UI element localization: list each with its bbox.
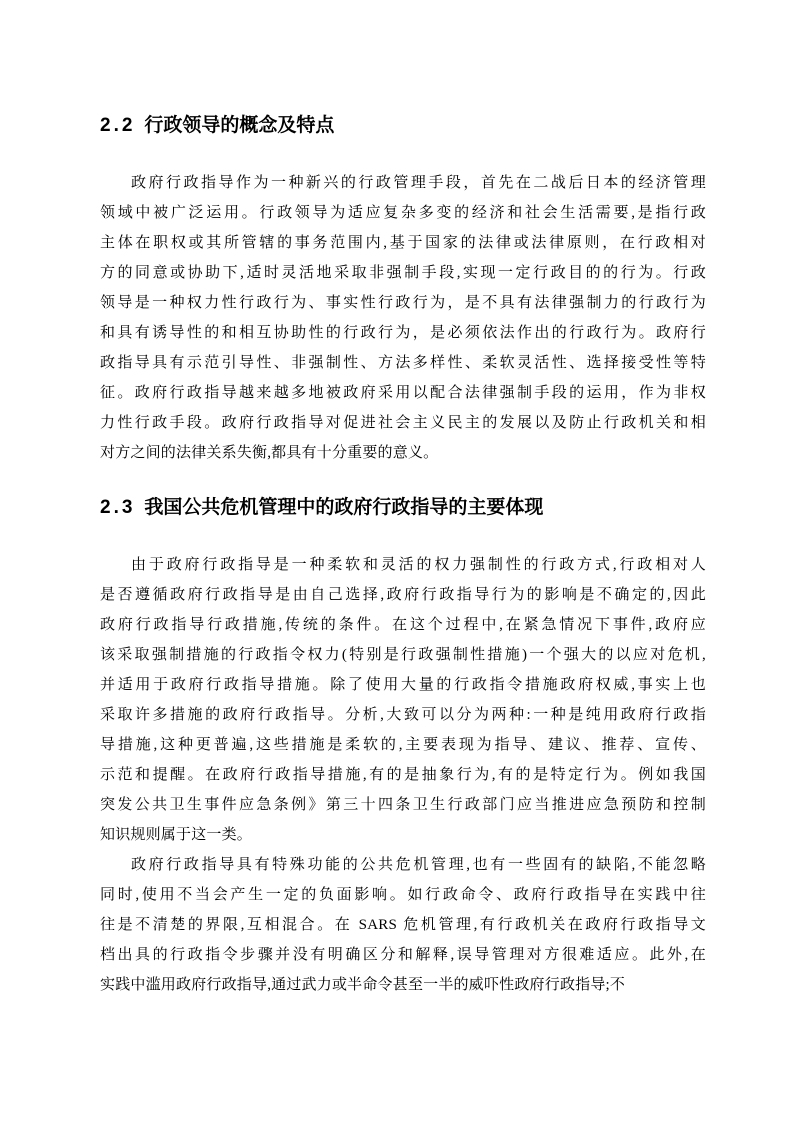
- text-line: 主体在职权或其所管辖的事务范围内,基于国家的法律或法律原则，在行政相对: [100, 228, 706, 258]
- paragraph: 政府行政指导作为一种新兴的行政管理手段，首先在二战后日本的经济管理领域中被广泛运…: [100, 168, 706, 468]
- text-line: 政府行政指导具有特殊功能的公共危机管理,也有一些固有的缺陷,不能忽略: [100, 850, 706, 880]
- heading-number: 2.3: [100, 497, 135, 518]
- text-line: 领导是一种权力性行政行为、事实性行政行为，是不具有法律强制力的行政行为: [100, 288, 706, 318]
- text-line: 该采取强制措施的行政指令权力(特别是行政强制性措施)一个强大的以应对危机,: [100, 640, 706, 670]
- text-line: 方的同意或协助下,适时灵活地采取非强制手段,实现一定行政目的的行为。行政: [100, 258, 706, 288]
- paragraph: 政府行政指导具有特殊功能的公共危机管理,也有一些固有的缺陷,不能忽略同时,使用不…: [100, 850, 706, 1000]
- heading-title: 我国公共危机管理中的政府行政指导的主要体现: [144, 497, 543, 518]
- document-page: 2.2行政领导的概念及特点政府行政指导作为一种新兴的行政管理手段，首先在二战后日…: [0, 0, 793, 1122]
- text-line: 力性行政手段。政府行政指导对促进社会主义民主的发展以及防止行政机关和相: [100, 408, 706, 438]
- text-line: 知识规则属于这一类。: [100, 820, 706, 850]
- heading-number: 2.2: [100, 115, 135, 136]
- heading-title: 行政领导的概念及特点: [144, 115, 334, 136]
- text-line: 往是不清楚的界限,互相混合。在 SARS 危机管理,有行政机关在政府行政指导文: [100, 910, 706, 940]
- text-line: 政指导具有示范引导性、非强制性、方法多样性、柔软灵活性、选择接受性等特: [100, 348, 706, 378]
- text-line: 实践中滥用政府行政指导,通过武力或半命令甚至一半的威吓性政府行政指导;不: [100, 970, 706, 1000]
- text-line: 由于政府行政指导是一种柔软和灵活的权力强制性的行政方式,行政相对人: [100, 550, 706, 580]
- text-line: 并适用于政府行政指导措施。除了使用大量的行政指令措施政府权威,事实上也: [100, 670, 706, 700]
- text-line: 档出具的行政指令步骤并没有明确区分和解释,误导管理对方很难适应。此外,在: [100, 940, 706, 970]
- text-line: 同时,使用不当会产生一定的负面影响。如行政命令、政府行政指导在实践中往: [100, 880, 706, 910]
- text-line: 示范和提醒。在政府行政指导措施,有的是抽象行为,有的是特定行为。例如我国: [100, 760, 706, 790]
- text-line: 采取许多措施的政府行政指导。分析,大致可以分为两种:一种是纯用政府行政指: [100, 700, 706, 730]
- text-line: 和具有诱导性的和相互协助性的行政行为，是必须依法作出的行政行为。政府行: [100, 318, 706, 348]
- text-line: 征。政府行政指导越来越多地被政府采用以配合法律强制手段的运用，作为非权: [100, 378, 706, 408]
- text-line: 导措施,这种更普遍,这些措施是柔软的,主要表现为指导、建议、推荐、宣传、: [100, 730, 706, 760]
- text-line: 政府行政指导行政措施,传统的条件。在这个过程中,在紧急情况下事件,政府应: [100, 610, 706, 640]
- text-line: 领域中被广泛运用。行政领导为适应复杂多变的经济和社会生活需要,是指行政: [100, 198, 706, 228]
- paragraph: 由于政府行政指导是一种柔软和灵活的权力强制性的行政方式,行政相对人是否遵循政府行…: [100, 550, 706, 850]
- text-line: 对方之间的法律关系失衡,都具有十分重要的意义。: [100, 438, 706, 468]
- text-line: 是否遵循政府行政指导是由自己选择,政府行政指导行为的影响是不确定的,因此: [100, 580, 706, 610]
- section-heading: 2.3我国公共危机管理中的政府行政指导的主要体现: [100, 496, 706, 520]
- text-line: 突发公共卫生事件应急条例》第三十四条卫生行政部门应当推进应急预防和控制: [100, 790, 706, 820]
- section-heading: 2.2行政领导的概念及特点: [100, 114, 706, 138]
- text-line: 政府行政指导作为一种新兴的行政管理手段，首先在二战后日本的经济管理: [100, 168, 706, 198]
